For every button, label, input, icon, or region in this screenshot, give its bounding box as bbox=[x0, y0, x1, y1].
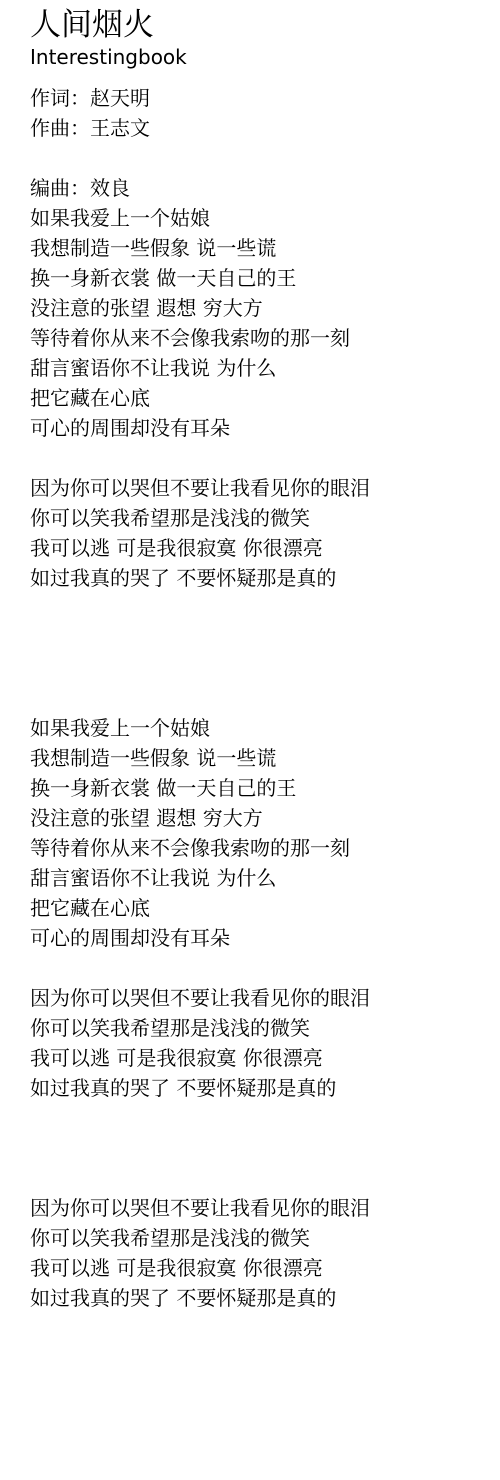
lyric-line: 编曲：效良 bbox=[30, 173, 480, 203]
lyric-line: 可心的周围却没有耳朵 bbox=[30, 413, 480, 443]
lyric-line: 换一身新衣裳 做一天自己的王 bbox=[30, 773, 480, 803]
lyric-line: 等待着你从来不会像我索吻的那一刻 bbox=[30, 323, 480, 353]
lyric-line: 你可以笑我希望那是浅浅的微笑 bbox=[30, 1223, 480, 1253]
stanza-chorus-2: 因为你可以哭但不要让我看见你的眼泪你可以笑我希望那是浅浅的微笑我可以逃 可是我很… bbox=[30, 983, 480, 1103]
stanza-chorus-3: 因为你可以哭但不要让我看见你的眼泪你可以笑我希望那是浅浅的微笑我可以逃 可是我很… bbox=[30, 1193, 480, 1313]
stanza-credits: 作词：赵天明作曲：王志文 bbox=[30, 83, 480, 143]
lyric-line: 如果我爱上一个姑娘 bbox=[30, 713, 480, 743]
lyric-line: 可心的周围却没有耳朵 bbox=[30, 923, 480, 953]
lyric-line: 我可以逃 可是我很寂寞 你很漂亮 bbox=[30, 1043, 480, 1073]
lyric-line: 把它藏在心底 bbox=[30, 893, 480, 923]
stanza-chorus-1: 因为你可以哭但不要让我看见你的眼泪你可以笑我希望那是浅浅的微笑我可以逃 可是我很… bbox=[30, 473, 480, 593]
lyric-line: 你可以笑我希望那是浅浅的微笑 bbox=[30, 1013, 480, 1043]
lyric-line: 换一身新衣裳 做一天自己的王 bbox=[30, 263, 480, 293]
lyrics-page: 人间烟火 Interestingbook 作词：赵天明作曲：王志文编曲：效良如果… bbox=[0, 0, 500, 1480]
page-subtitle: Interestingbook bbox=[30, 45, 480, 69]
lyric-line: 没注意的张望 遐想 穷大方 bbox=[30, 803, 480, 833]
lyrics-section: 作词：赵天明作曲：王志文编曲：效良如果我爱上一个姑娘我想制造一些假象 说一些谎换… bbox=[30, 83, 480, 1313]
lyric-line: 如过我真的哭了 不要怀疑那是真的 bbox=[30, 1073, 480, 1103]
lyric-line: 把它藏在心底 bbox=[30, 383, 480, 413]
lyric-line: 我可以逃 可是我很寂寞 你很漂亮 bbox=[30, 1253, 480, 1283]
lyric-line: 作曲：王志文 bbox=[30, 113, 480, 143]
lyric-line: 甜言蜜语你不让我说 为什么 bbox=[30, 863, 480, 893]
lyric-line: 我想制造一些假象 说一些谎 bbox=[30, 233, 480, 263]
lyric-line: 如过我真的哭了 不要怀疑那是真的 bbox=[30, 563, 480, 593]
lyric-line: 我想制造一些假象 说一些谎 bbox=[30, 743, 480, 773]
lyric-line: 因为你可以哭但不要让我看见你的眼泪 bbox=[30, 1193, 480, 1223]
lyric-line: 因为你可以哭但不要让我看见你的眼泪 bbox=[30, 983, 480, 1013]
lyric-line: 甜言蜜语你不让我说 为什么 bbox=[30, 353, 480, 383]
stanza-verse-1: 编曲：效良如果我爱上一个姑娘我想制造一些假象 说一些谎换一身新衣裳 做一天自己的… bbox=[30, 173, 480, 443]
lyric-line: 如过我真的哭了 不要怀疑那是真的 bbox=[30, 1283, 480, 1313]
lyric-line: 如果我爱上一个姑娘 bbox=[30, 203, 480, 233]
lyric-line: 作词：赵天明 bbox=[30, 83, 480, 113]
lyric-line: 我可以逃 可是我很寂寞 你很漂亮 bbox=[30, 533, 480, 563]
lyric-line: 你可以笑我希望那是浅浅的微笑 bbox=[30, 503, 480, 533]
lyric-line: 因为你可以哭但不要让我看见你的眼泪 bbox=[30, 473, 480, 503]
lyric-line: 没注意的张望 遐想 穷大方 bbox=[30, 293, 480, 323]
page-title: 人间烟火 bbox=[30, 5, 480, 45]
lyric-line: 等待着你从来不会像我索吻的那一刻 bbox=[30, 833, 480, 863]
stanza-verse-2: 如果我爱上一个姑娘我想制造一些假象 说一些谎换一身新衣裳 做一天自己的王没注意的… bbox=[30, 713, 480, 953]
